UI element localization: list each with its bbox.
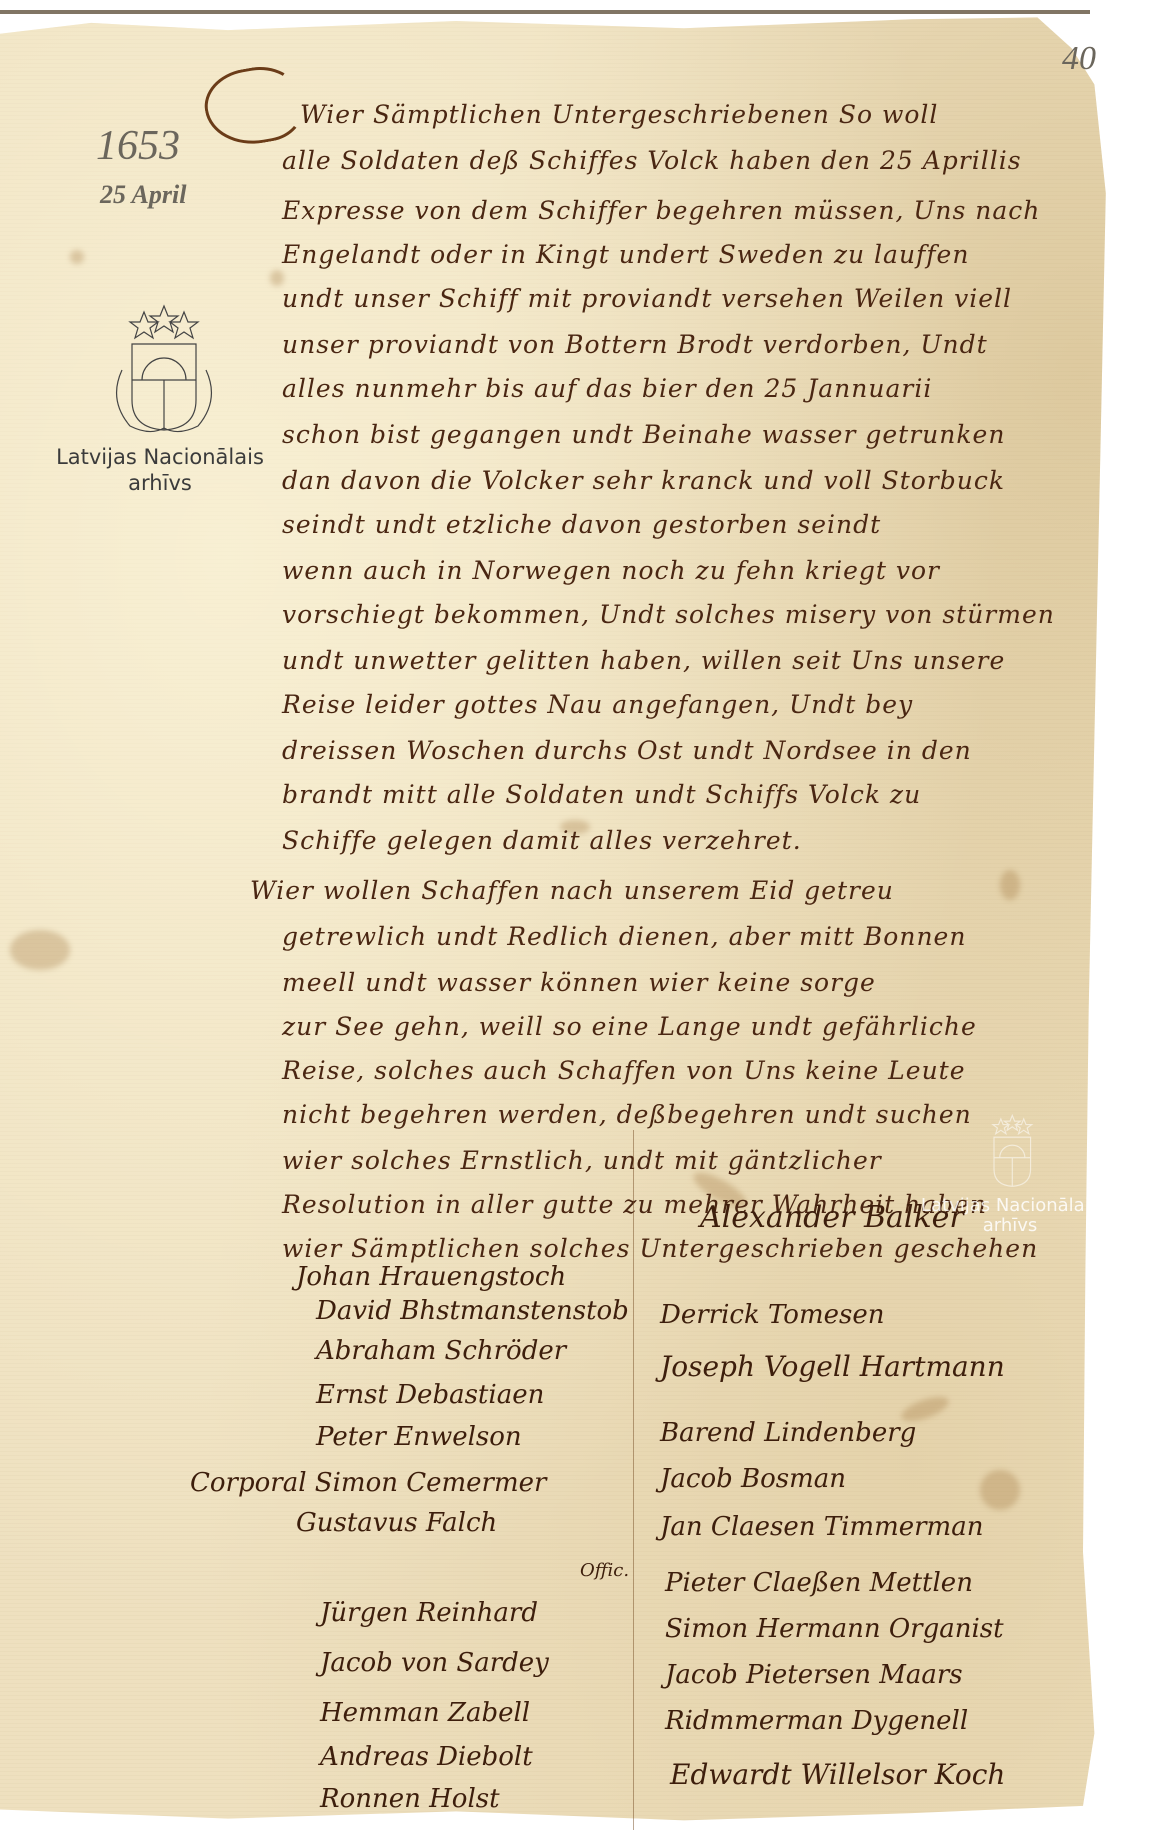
signature: Edwardt Willelsor Koch xyxy=(670,1758,1005,1791)
watermark-org-name-line2: arhīvs xyxy=(40,470,280,496)
signature: Jacob Pietersen Maars xyxy=(665,1660,963,1690)
pencil-day-month: 25 April xyxy=(100,180,186,210)
pencil-year: 1653 xyxy=(96,122,180,170)
ink-stain xyxy=(1000,870,1020,900)
officer-note: Offic. xyxy=(580,1560,629,1581)
signature: Jürgen Reinhard xyxy=(320,1598,538,1628)
latvian-coat-of-arms-icon xyxy=(975,1112,1045,1192)
body-line: Schiffe gelegen damit alles verzehret. xyxy=(282,826,802,855)
signature: Ernst Debastiaen xyxy=(316,1380,544,1410)
body-line: zur See gehn, weill so eine Lange undt g… xyxy=(282,1012,977,1041)
signature: Joseph Vogell Hartmann xyxy=(660,1350,1005,1383)
signature: Andreas Diebolt xyxy=(320,1742,533,1772)
signature: Pieter Claeßen Mettlen xyxy=(665,1568,973,1598)
body-line: undt unwetter gelitten haben, willen sei… xyxy=(282,646,1005,675)
signature: Ridmmerman Dygenell xyxy=(665,1706,968,1736)
signature: Peter Enwelson xyxy=(316,1422,522,1452)
folio-number: 40 xyxy=(1062,40,1096,78)
body-line: wenn auch in Norwegen noch zu fehn krieg… xyxy=(282,556,940,585)
signature: Simon Hermann Organist xyxy=(665,1614,1004,1644)
body-line: Wier Sämptlichen Untergeschriebenen So w… xyxy=(300,100,938,129)
body-line: Engelandt oder in Kingt undert Sweden zu… xyxy=(282,240,969,269)
signature: Ronnen Holst xyxy=(320,1784,500,1814)
body-line: Reise leider gottes Nau angefangen, Undt… xyxy=(282,690,913,719)
body-line: brandt mitt alle Soldaten undt Schiffs V… xyxy=(282,780,921,809)
body-line: wier solches Ernstlich, undt mit gäntzli… xyxy=(282,1146,882,1175)
watermark-org-name-line1: Latvijas Nacionālais xyxy=(910,1196,1110,1216)
body-line: meell undt wasser können wier keine sorg… xyxy=(282,968,876,997)
signature: Jacob Bosman xyxy=(660,1464,846,1494)
body-line: undt unser Schiff mit proviandt versehen… xyxy=(282,284,1012,313)
signature: Gustavus Falch xyxy=(296,1508,497,1538)
signature: Jacob von Sardey xyxy=(320,1648,549,1678)
body-line: vorschiegt bekommen, Undt solches misery… xyxy=(282,600,1055,629)
signature: Derrick Tomesen xyxy=(660,1300,884,1330)
body-line: Reise, solches auch Schaffen von Uns kei… xyxy=(282,1056,966,1085)
signature: Corporal Simon Cemermer xyxy=(190,1468,546,1498)
body-line: seindt undt etzliche davon gestorben sei… xyxy=(282,510,881,539)
signature: Abraham Schröder xyxy=(316,1336,566,1366)
archive-watermark-left: Latvijas Nacionālais arhīvs xyxy=(40,300,280,496)
body-line: schon bist gegangen undt Beinahe wasser … xyxy=(282,420,1005,449)
latvian-coat-of-arms-icon xyxy=(100,300,220,440)
signature: David Bhstmanstenstob xyxy=(316,1296,629,1326)
watermark-org-name-line2: arhīvs xyxy=(910,1216,1110,1236)
body-line: dan davon die Volcker sehr kranck und vo… xyxy=(282,466,1005,495)
signature: Hemman Zabell xyxy=(320,1698,530,1728)
body-line: alle Soldaten deß Schiffes Volck haben d… xyxy=(282,146,1022,175)
body-line: alles nunmehr bis auf das bier den 25 Ja… xyxy=(282,374,932,403)
body-line: wier Sämptlichen solches Untergeschriebe… xyxy=(282,1234,1038,1263)
paper-top-edge xyxy=(0,10,1090,14)
signature: Barend Lindenberg xyxy=(660,1418,916,1448)
signature: Johan Hrauengstoch xyxy=(296,1262,566,1292)
body-line: dreissen Woschen durchs Ost undt Nordsee… xyxy=(282,736,972,765)
signature: Jan Claesen Timmerman xyxy=(660,1512,983,1542)
body-line: getrewlich undt Redlich dienen, aber mit… xyxy=(282,922,966,951)
body-line: unser proviandt von Bottern Brodt verdor… xyxy=(282,330,988,359)
ink-stain xyxy=(10,930,70,970)
signature-column-divider xyxy=(633,1130,634,1830)
ink-stain xyxy=(70,250,84,264)
body-line: Expresse von dem Schiffer begehren müsse… xyxy=(282,196,1040,225)
body-line: Wier wollen Schaffen nach unserem Eid ge… xyxy=(250,876,894,905)
watermark-org-name-line1: Latvijas Nacionālais xyxy=(40,444,280,470)
body-line: nicht begehren werden, deßbegehren undt … xyxy=(282,1100,972,1129)
archive-watermark-right: Latvijas Nacionālais arhīvs xyxy=(910,1112,1110,1236)
ink-stain xyxy=(980,1470,1020,1510)
